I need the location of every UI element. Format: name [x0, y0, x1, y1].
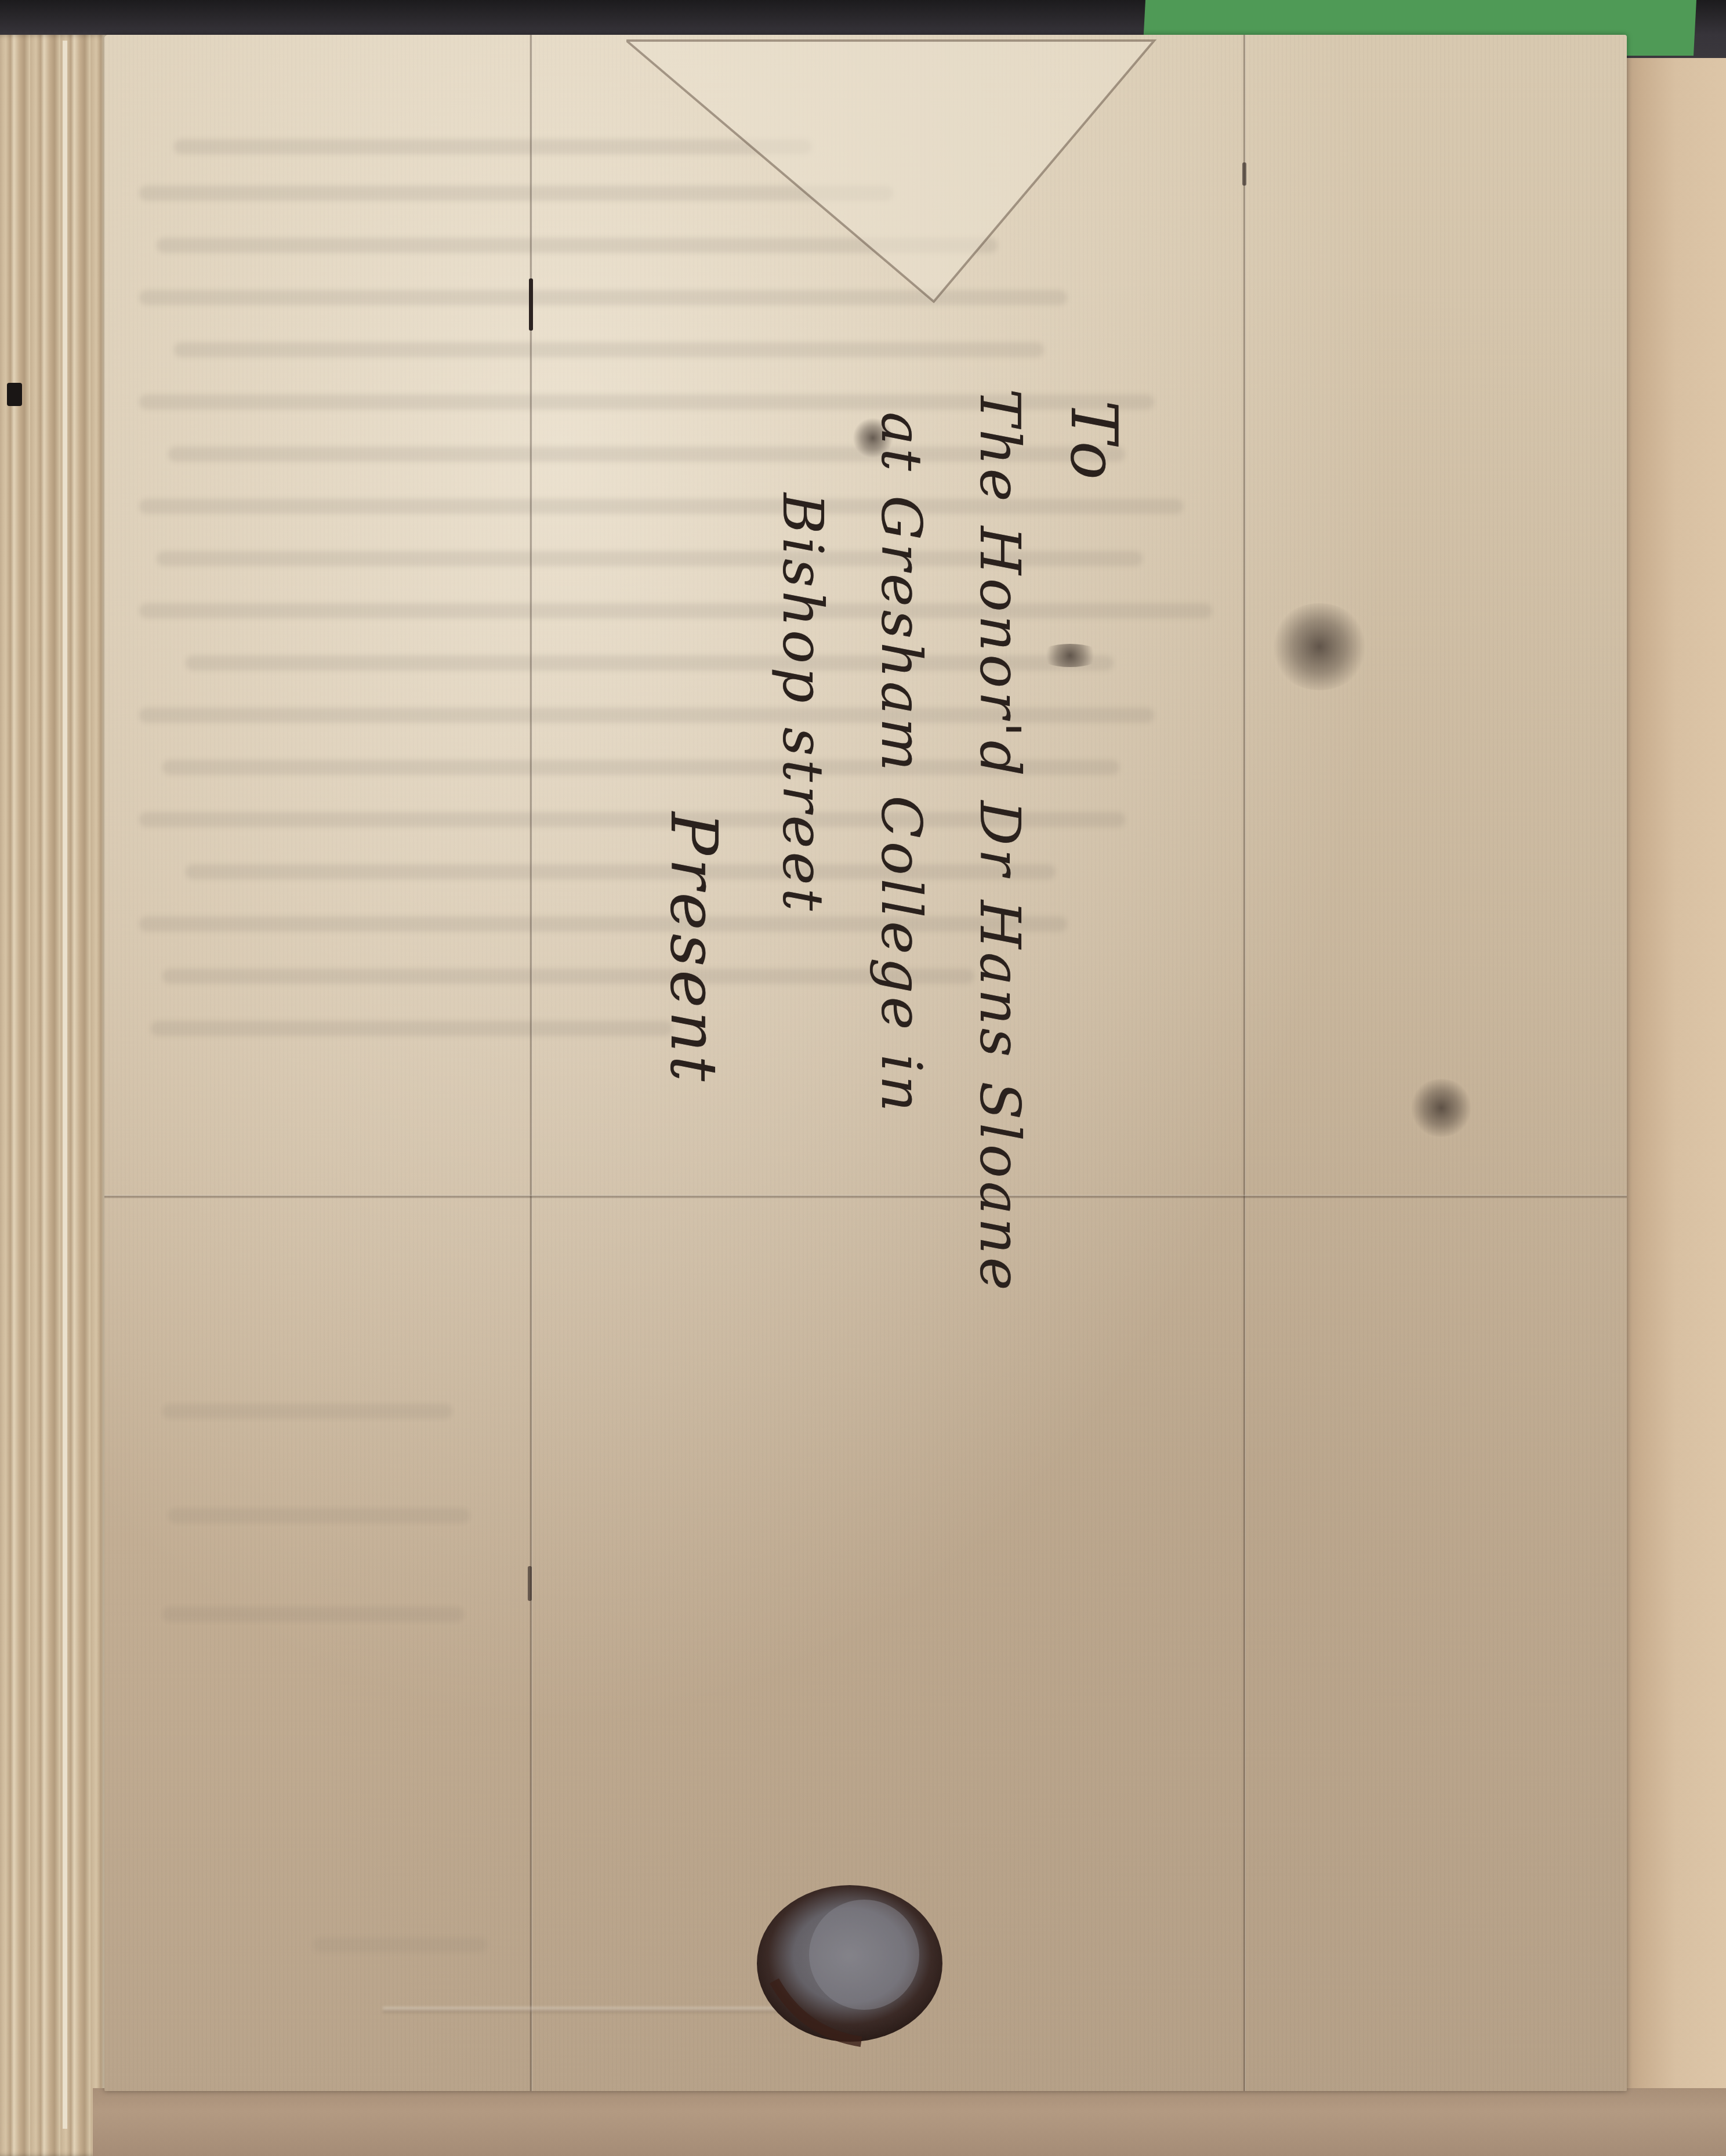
letter-sheet: To The Honor'd Dr Hans Sloane at Gresham… — [104, 35, 1627, 2091]
ink-mark — [529, 278, 533, 331]
address-line-recipient: The Honor'd Dr Hans Sloane — [967, 389, 1032, 1294]
address-line-institution: at Gresham College in — [869, 412, 934, 1115]
ink-mark — [1242, 162, 1246, 186]
underlying-page — [93, 2088, 1726, 2156]
vertical-fold-left — [530, 35, 532, 2091]
page-edge-highlight — [63, 41, 67, 2129]
page-marker — [7, 383, 22, 406]
crease-mark — [383, 2007, 789, 2013]
address-line-salutation: To — [1057, 400, 1131, 483]
wax-seal — [751, 1876, 948, 2050]
ink-mark — [528, 1566, 532, 1601]
photo-stage: To The Honor'd Dr Hans Sloane at Gresham… — [0, 0, 1726, 2156]
mounting-paper — [1618, 58, 1726, 2156]
triangular-flap — [626, 35, 1160, 307]
address-block: To The Honor'd Dr Hans Sloane at Gresham… — [580, 377, 1131, 1212]
address-line-street: Bishop street — [770, 493, 835, 914]
book-page-stack — [0, 35, 116, 2156]
ink-smudge — [1409, 1079, 1473, 1137]
ink-smudge — [1270, 603, 1369, 690]
address-line-present: Present — [657, 812, 731, 1085]
vertical-fold-right — [1243, 35, 1246, 2091]
